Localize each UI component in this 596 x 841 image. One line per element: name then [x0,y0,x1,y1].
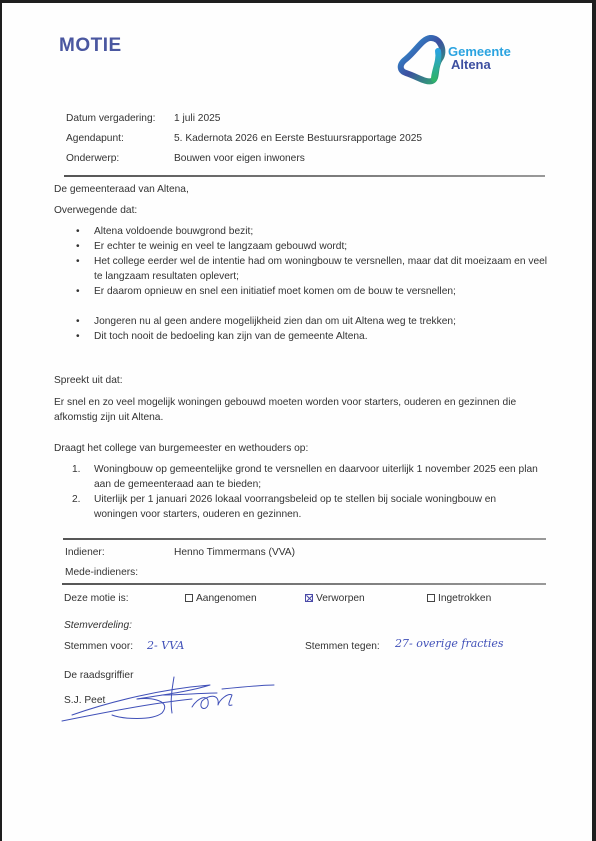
status-option-adopted[interactable]: Aangenomen [185,591,257,606]
logo-text-altena: Altena [451,58,511,71]
votes-for-value: 2- VVA [147,639,184,652]
motion-document-page: MOTIE Gemeente Altena Datum vergader [2,3,592,841]
meta-label-subject: Onderwerp: [66,151,119,166]
list-item: 1.Woningbouw op gemeentelijke grond te v… [72,462,542,492]
considering-heading: Overwegende dat: [54,203,137,218]
meta-value-subject: Bouwen voor eigen inwoners [174,151,305,166]
list-item: •Altena voldoende bouwgrond bezit; [72,224,552,239]
bullet-icon: • [76,314,80,329]
list-item: 2.Uiterlijk per 1 januari 2026 lokaal vo… [72,492,542,522]
submitter-label: Indiener: [65,545,105,560]
checkbox-unchecked-icon[interactable] [185,594,193,602]
meta-label-date: Datum vergadering: [66,111,155,126]
list-item: •Er daarom opnieuw en snel een initiatie… [72,284,552,299]
status-label: Deze motie is: [64,591,129,606]
submitter-value: Henno Timmermans (VVA) [174,545,295,560]
checkbox-checked-icon[interactable] [305,594,313,602]
checkbox-unchecked-icon[interactable] [427,594,435,602]
bullet-icon: • [76,239,80,254]
co-submitters-label: Mede-indieners: [65,565,138,580]
logo-mark-icon [392,31,452,87]
declares-text: Er snel en zo veel mogelijk woningen geb… [54,395,544,425]
list-item: •Jongeren nu al geen andere mogelijkheid… [72,314,552,329]
divider [64,175,545,177]
instructs-heading: Draagt het college van burgemeester en w… [54,441,308,456]
bullet-icon: • [76,254,80,269]
divider [63,538,546,540]
bullet-icon: • [76,224,80,239]
municipality-logo: Gemeente Altena [392,31,532,87]
status-option-rejected[interactable]: Verworpen [305,591,365,606]
votes-against-value: 27- overige fracties [395,637,504,650]
document-title: MOTIE [59,35,122,57]
list-item: •Er echter te weinig en veel te langzaam… [72,239,552,254]
bullet-icon: • [76,329,80,344]
signature-icon [42,671,282,731]
divider [62,583,546,585]
council-intro: De gemeenteraad van Altena, [54,182,189,197]
meta-label-agenda: Agendapunt: [66,131,124,146]
list-item: •Het college eerder wel de intentie had … [72,254,552,284]
status-option-withdrawn[interactable]: Ingetrokken [427,591,491,606]
list-item: •Dit toch nooit de bedoeling kan zijn va… [72,329,552,344]
declares-heading: Spreekt uit dat: [54,373,123,388]
considering-list: •Altena voldoende bouwgrond bezit; •Er e… [72,224,552,344]
bullet-icon: • [76,284,80,299]
meta-value-date: 1 juli 2025 [174,111,220,126]
votes-against-label: Stemmen tegen: [305,639,380,654]
instructs-list: 1.Woningbouw op gemeentelijke grond te v… [72,462,542,522]
meta-value-agenda: 5. Kadernota 2026 en Eerste Bestuursrapp… [174,131,422,146]
votes-heading: Stemverdeling: [64,618,132,633]
votes-for-label: Stemmen voor: [64,639,133,654]
